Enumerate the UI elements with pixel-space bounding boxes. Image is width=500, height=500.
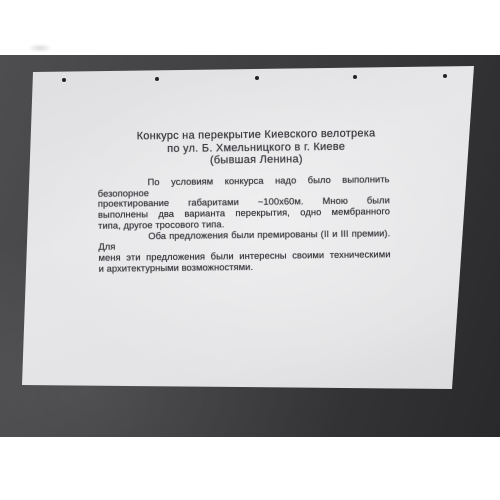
photo-area: Конкурс на перекрытие Киевского велотрек… — [0, 55, 500, 437]
title-line: (бывшая Ленина) — [106, 152, 406, 168]
document-title: Конкурс на перекрытие Киевского велотрек… — [106, 127, 406, 168]
document-paper: Конкурс на перекрытие Киевского велотрек… — [0, 55, 500, 437]
margin-smudge — [28, 44, 52, 52]
document-text: Конкурс на перекрытие Киевского велотрек… — [0, 55, 500, 437]
body-line: и архитектурными возможностями. — [99, 260, 391, 274]
document-body: По условиям конкурса надо было выполнить… — [98, 174, 391, 274]
scanned-photo-page: Конкурс на перекрытие Киевского велотрек… — [0, 0, 500, 500]
